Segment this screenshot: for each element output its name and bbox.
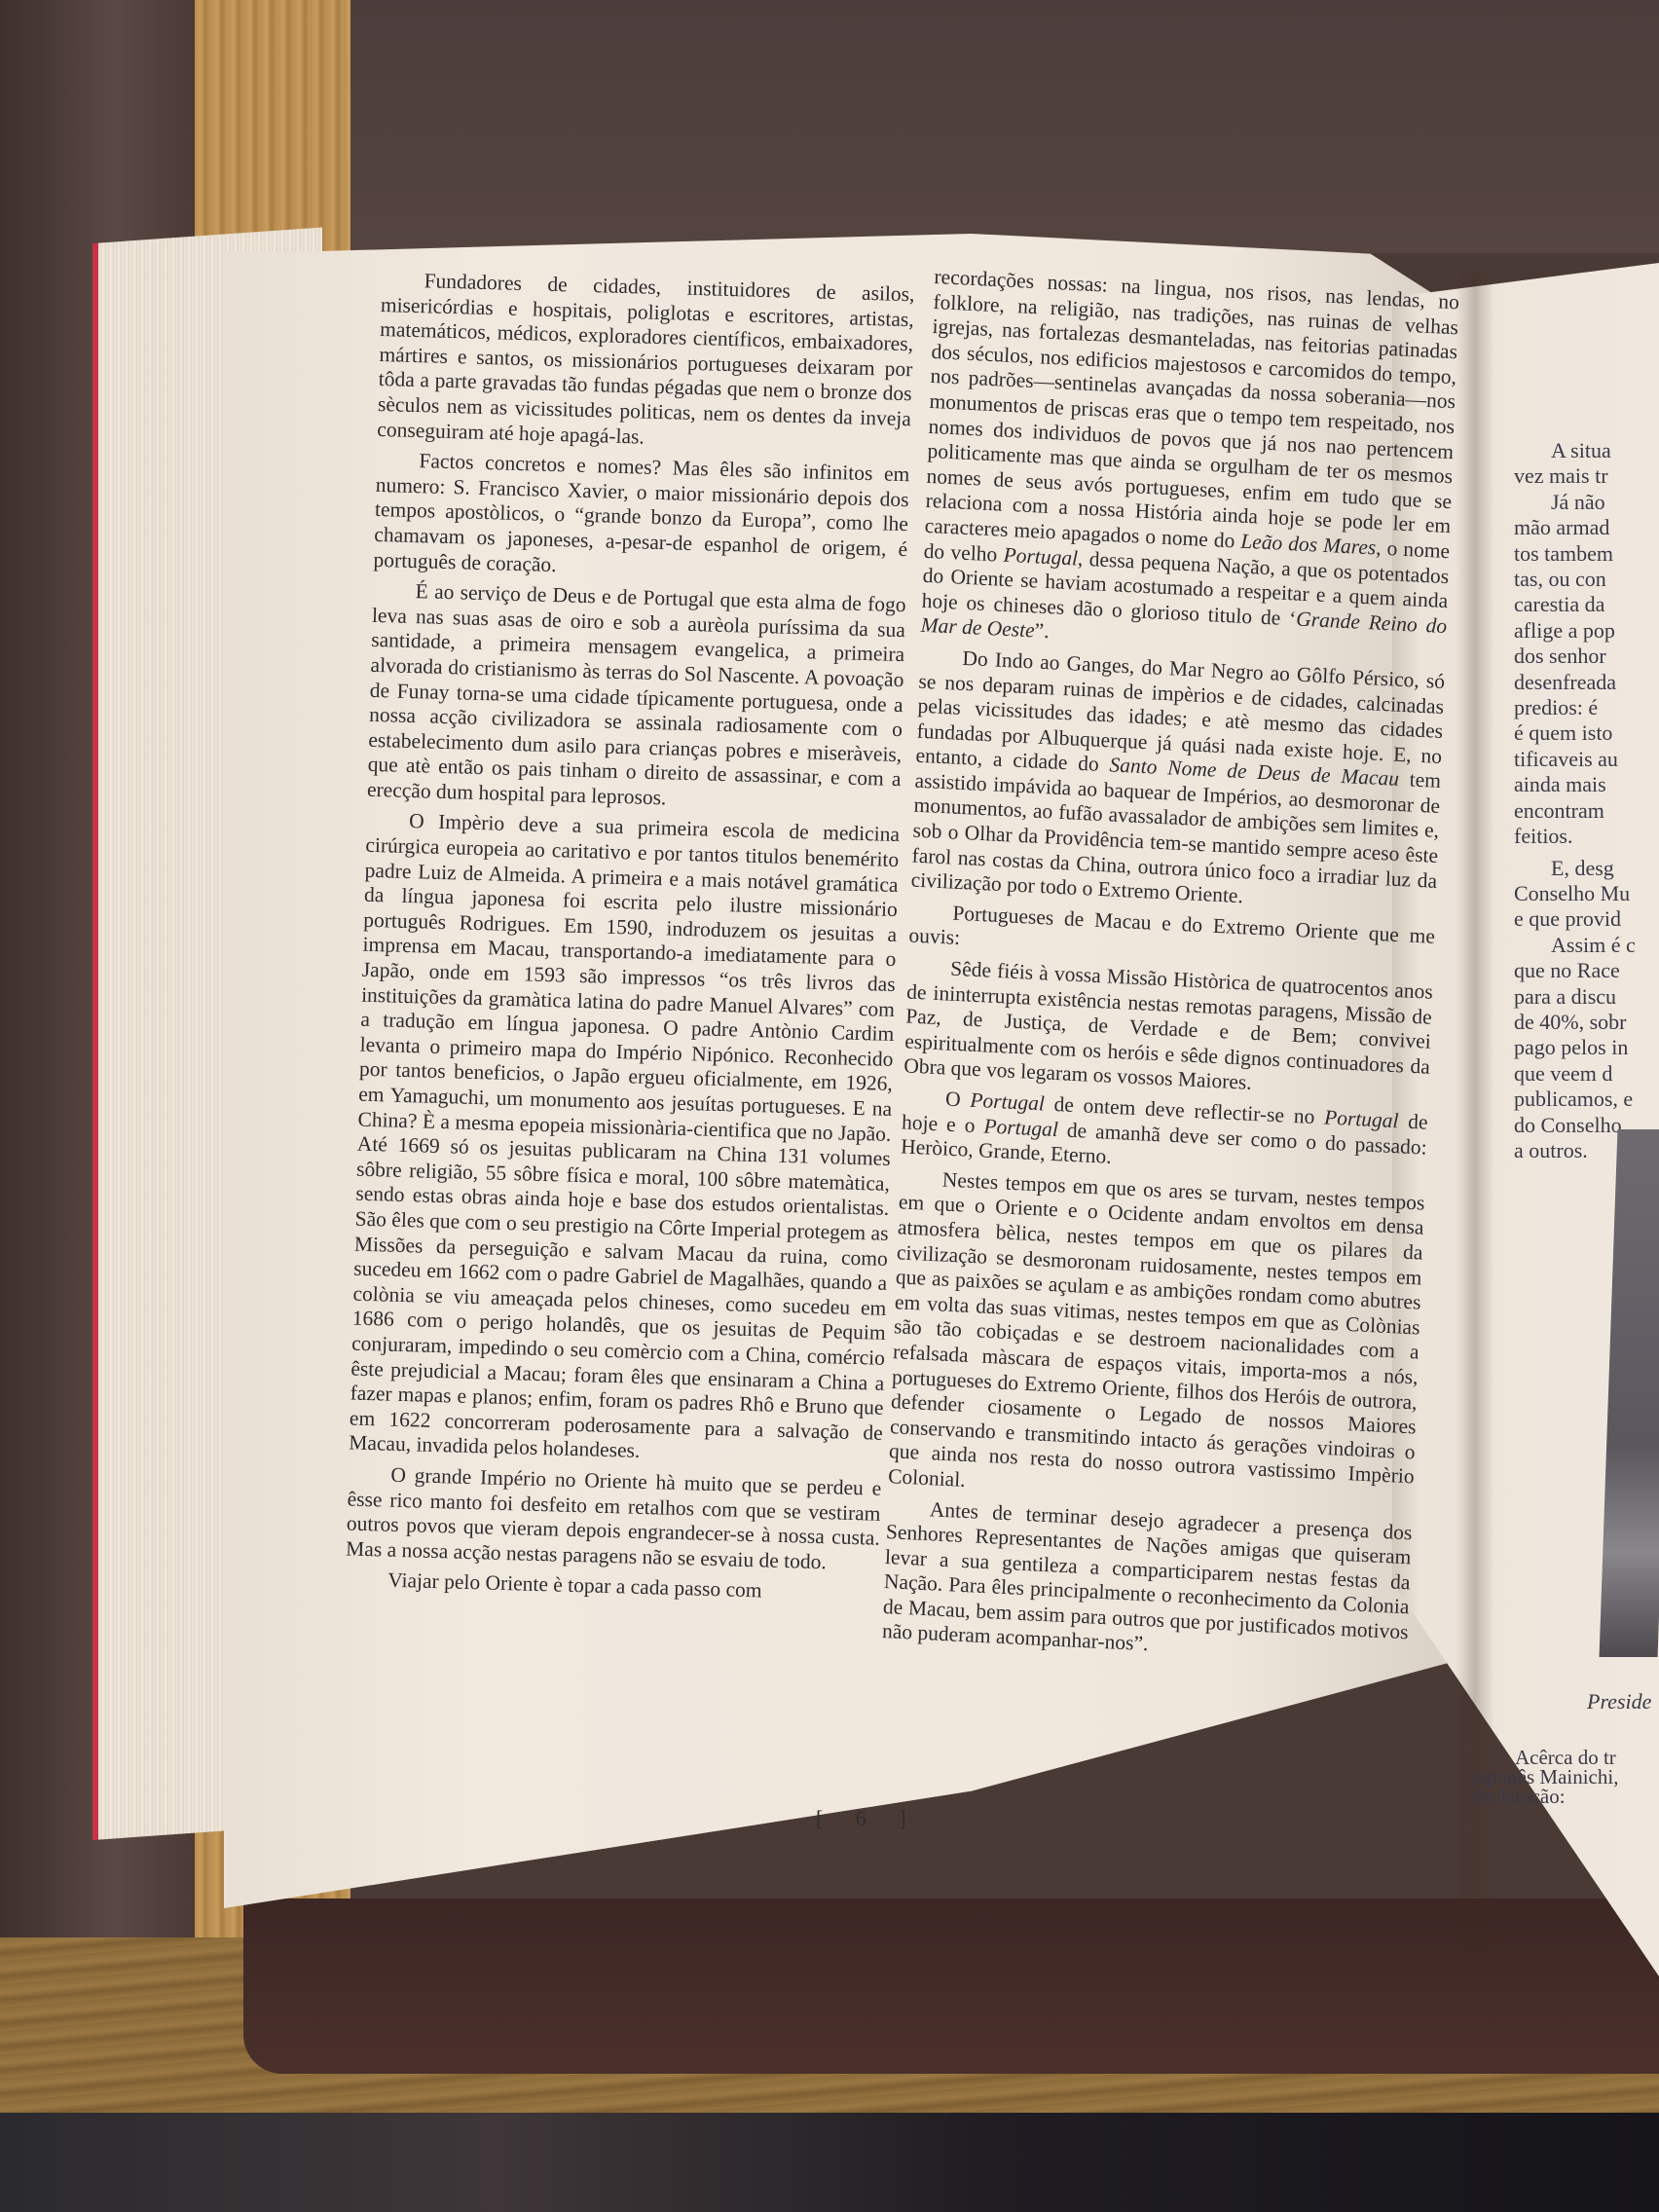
text-line: declaração: <box>1472 1787 1659 1806</box>
photo-caption: Preside <box>1587 1689 1651 1714</box>
text-line: que veem d <box>1514 1061 1659 1087</box>
book-gutter <box>1456 273 1494 1957</box>
paragraph: Nestes tempos em que os ares se turvam, … <box>888 1165 1425 1515</box>
page-number: [ 6 ] <box>816 1806 920 1831</box>
text-column-1: Fundadores de cidades, instituidores de … <box>345 268 915 1613</box>
text-line: ainda mais <box>1514 772 1659 797</box>
text-line: tificaveis au <box>1514 747 1659 772</box>
paragraph: Factos concretos e nomes? Mas êles são i… <box>373 448 909 587</box>
paragraph: recordações nossas: na lingua, nos risos… <box>920 265 1459 664</box>
text-line: Acêrca do tr <box>1472 1748 1659 1767</box>
text-line: feitios. <box>1514 824 1659 849</box>
paragraph: É ao serviço de Deus e de Portugal que e… <box>367 578 906 818</box>
paragraph: O grande Império no Oriente hà muito que… <box>346 1461 882 1576</box>
text-line: aflige a pop <box>1514 618 1659 644</box>
floor <box>0 2113 1659 2212</box>
leather-desk-pad <box>243 1899 1659 2074</box>
text-line: de 40%, sobr <box>1514 1010 1659 1035</box>
text-line: Conselho Mu <box>1514 881 1659 906</box>
text-line: carestia da <box>1514 592 1659 617</box>
text-line: pago pelos in <box>1514 1035 1659 1060</box>
text-line: tas, ou con <box>1514 567 1659 592</box>
paragraph: Do Indo ao Ganges, do Mar Negro ao Gôlfo… <box>910 645 1445 919</box>
text-line: Assim é c <box>1514 933 1659 958</box>
text-line: Já não <box>1514 490 1659 515</box>
text-line: japonês Mainichi, <box>1472 1767 1659 1787</box>
text-line: e que provid <box>1514 906 1659 932</box>
text-line: para a discu <box>1514 984 1659 1010</box>
text-line: E, desg <box>1514 856 1659 881</box>
text-line: desenfreada <box>1514 670 1659 695</box>
text-line: mão armad <box>1514 515 1659 540</box>
text-line: predios: é <box>1514 695 1659 720</box>
text-column-partial: A situavez mais trJá nãomão armadtos tam… <box>1514 438 1659 1163</box>
paragraph: Fundadores de cidades, instituidores de … <box>377 268 915 457</box>
text-line: tos tambem <box>1514 541 1659 567</box>
text-line: dos senhor <box>1514 644 1659 669</box>
text-line: que no Race <box>1514 958 1659 983</box>
text-column-2: recordações nossas: na lingua, nos risos… <box>881 265 1459 1676</box>
paragraph: Sêde fiéis à vossa Missão Històrica de q… <box>903 955 1433 1105</box>
text-line: A situa <box>1514 438 1659 463</box>
text-column-partial-bottom: Acêrca do tr japonês Mainichi, declaraçã… <box>1472 1748 1659 1806</box>
leather-desk-surface <box>350 0 1659 253</box>
text-line: publicamos, e <box>1514 1087 1659 1112</box>
text-line: é quem isto <box>1514 720 1659 746</box>
paragraph: Antes de terminar desejo agradecer a pre… <box>882 1495 1413 1671</box>
text-line: vez mais tr <box>1514 463 1659 489</box>
text-line: encontram <box>1514 798 1659 824</box>
paragraph: O Impèrio deve a sua primeira escola de … <box>349 808 900 1470</box>
